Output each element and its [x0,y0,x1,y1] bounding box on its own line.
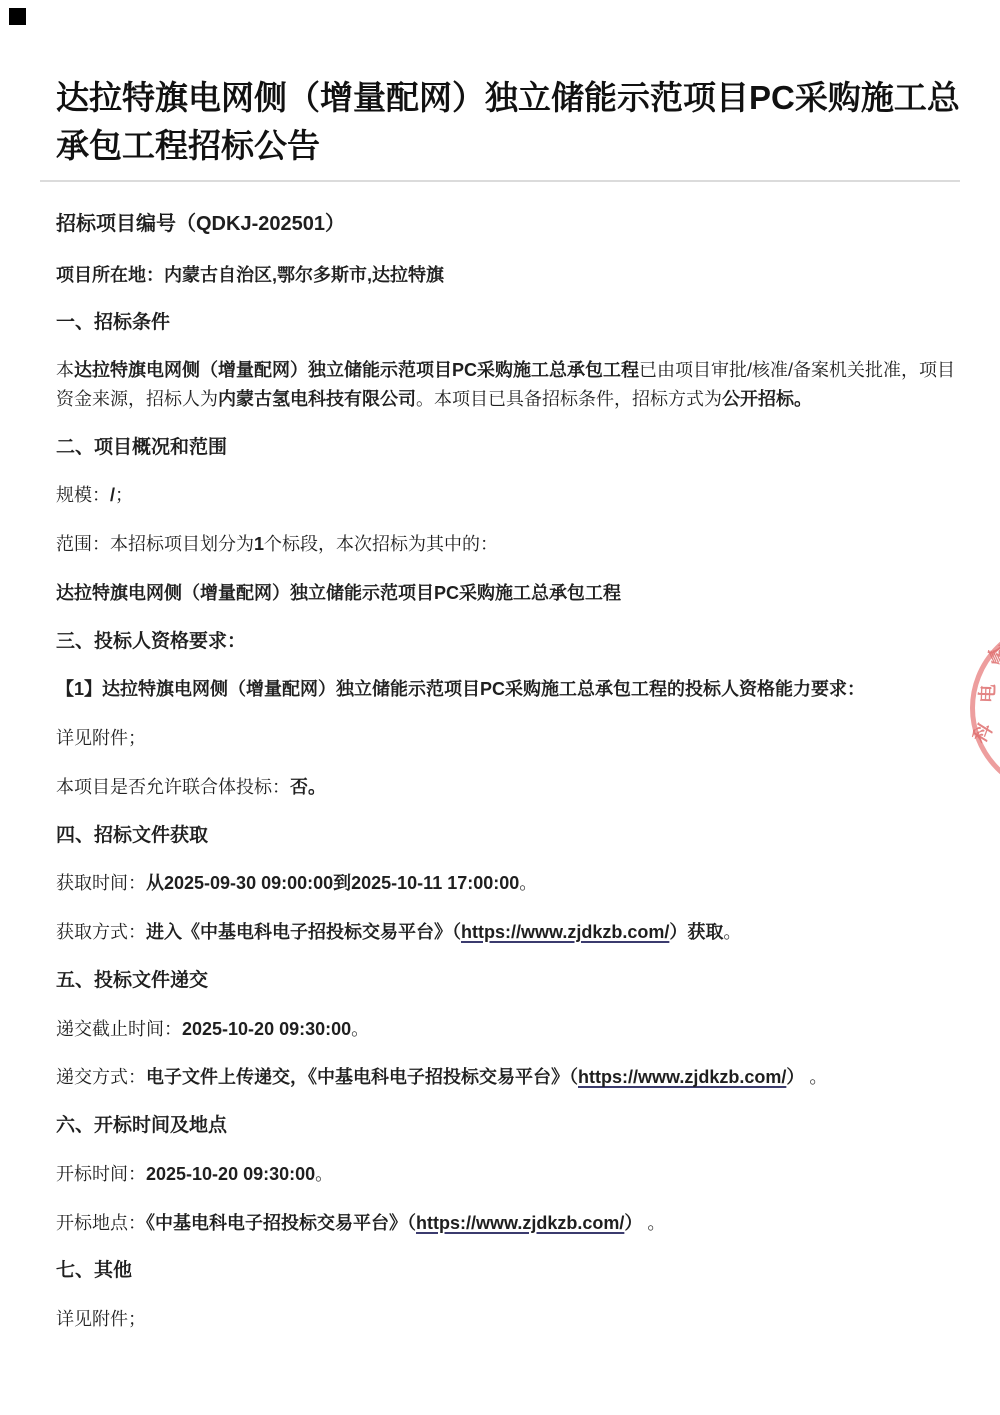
section-heading: 五、投标文件递交 [56,968,960,995]
project-number-heading: 招标项目编号（QDKJ-202501） [56,210,960,238]
text-run: 达拉特旗电网侧（增量配网）独立储能示范项目PC采购施工总承包工程 [56,583,621,603]
platform-url-link[interactable]: https://www.zjdkzb.com/ [461,922,669,942]
paragraph: 获取时间：从2025-09-30 09:00:00到2025-10-11 17:… [56,869,960,898]
section-heading: 二、项目概况和范围 [56,435,960,462]
paragraph: 详见附件； [56,724,960,753]
text-run: 。 [519,873,537,893]
text-run: 递交方式： [56,1067,146,1087]
text-run: 详见附件； [56,1309,146,1329]
project-location-line: 项目所在地：内蒙古自治区,鄂尔多斯市,达拉特旗 [56,262,960,289]
paragraph: 详见附件； [56,1305,960,1334]
paragraph: 递交截止时间：2025-10-20 09:30:00。 [56,1015,960,1044]
paragraph: 递交方式：电子文件上传递交，《中基电科电子招投标交易平台》（https://ww… [56,1063,960,1092]
text-run: 获取方式： [56,922,146,942]
title-divider [40,180,960,182]
text-run: ） [624,1213,642,1233]
text-run: 2025-10-20 09:30:00 [182,1019,351,1039]
platform-url-link[interactable]: https://www.zjdkzb.com/ [416,1213,624,1233]
text-run: 递交截止时间： [56,1019,182,1039]
text-run: 个标段，本次招标为其中的： [264,534,498,554]
seal-text-char: 电 [979,684,999,704]
section-heading: 一、招标条件 [56,310,960,337]
text-run: ）获取 [669,922,723,942]
paragraph: 规模：/； [56,481,960,510]
text-run: 开标时间： [56,1164,146,1184]
text-run: 2025-10-20 09:30:00 [146,1164,315,1184]
page-title: 达拉特旗电网侧（增量配网）独立储能示范项目PC采购施工总承包工程招标公告 [56,74,960,170]
sections-container: 一、招标条件本达拉特旗电网侧（增量配网）独立储能示范项目PC采购施工总承包工程已… [56,310,960,1334]
text-run: 电子文件上传递交，《中基电科电子招投标交易平台》（ [146,1067,578,1087]
text-run: 1 [254,534,264,554]
text-run: 。 [351,1019,369,1039]
text-run: ； [115,485,133,505]
text-run: 进入《中基电科电子招投标交易平台》（ [146,922,461,942]
text-run: 获取时间： [56,873,146,893]
text-run: 公开招标。 [722,389,812,409]
text-run: 。 [804,1067,827,1087]
text-run: 。 [315,1164,333,1184]
text-run: 从2025-09-30 09:00:00到2025-10-11 17:00:00 [146,873,519,893]
text-run: 规模： [56,485,110,505]
paragraph: 【1】达拉特旗电网侧（增量配网）独立储能示范项目PC采购施工总承包工程的投标人资… [56,675,960,704]
section-heading: 七、其他 [56,1258,960,1285]
paragraph: 本项目是否允许联合体投标：否。 [56,773,960,802]
section-heading: 三、投标人资格要求： [56,629,960,656]
tender-announcement-page: 达拉特旗电网侧（增量配网）独立储能示范项目PC采购施工总承包工程招标公告 招标项… [0,0,1000,1415]
text-run: 达拉特旗电网侧（增量配网）独立储能示范项目PC采购施工总承包工程 [74,360,639,380]
text-run: 【1】达拉特旗电网侧（增量配网）独立储能示范项目PC采购施工总承包工程的投标人资… [56,679,865,699]
text-run: 详见附件； [56,728,146,748]
paragraph: 范围：本招标项目划分为1个标段，本次招标为其中的： [56,530,960,559]
text-run: 本 [56,360,74,380]
text-run: 。本项目已具备招标条件，招标方式为 [416,389,722,409]
text-run: 。 [723,922,741,942]
text-run: 。 [642,1213,665,1233]
section-heading: 六、开标时间及地点 [56,1113,960,1140]
paragraph: 获取方式：进入《中基电科电子招投标交易平台》（https://www.zjdkz… [56,918,960,947]
paragraph: 开标地点：《中基电科电子招投标交易平台》（https://www.zjdkzb.… [56,1209,960,1238]
platform-url-link[interactable]: https://www.zjdkzb.com/ [578,1067,786,1087]
section-heading: 四、招标文件获取 [56,823,960,850]
document-content: 达拉特旗电网侧（增量配网）独立储能示范项目PC采购施工总承包工程招标公告 招标项… [0,74,1000,1334]
text-run: 内蒙古氢电科技有限公司 [218,389,416,409]
text-run: 开标地点： [56,1213,146,1233]
paragraph: 开标时间：2025-10-20 09:30:00。 [56,1160,960,1189]
text-run: 本项目是否允许联合体投标： [56,777,290,797]
paragraph: 达拉特旗电网侧（增量配网）独立储能示范项目PC采购施工总承包工程 [56,579,960,608]
paragraph: 本达拉特旗电网侧（增量配网）独立储能示范项目PC采购施工总承包工程已由项目审批/… [56,356,960,414]
text-run: 《中基电科电子招投标交易平台》（ [146,1213,416,1233]
text-run: 否。 [290,777,326,797]
text-run: ） [786,1067,804,1087]
text-run: 范围：本招标项目划分为 [56,534,254,554]
corner-black-square [9,8,26,25]
